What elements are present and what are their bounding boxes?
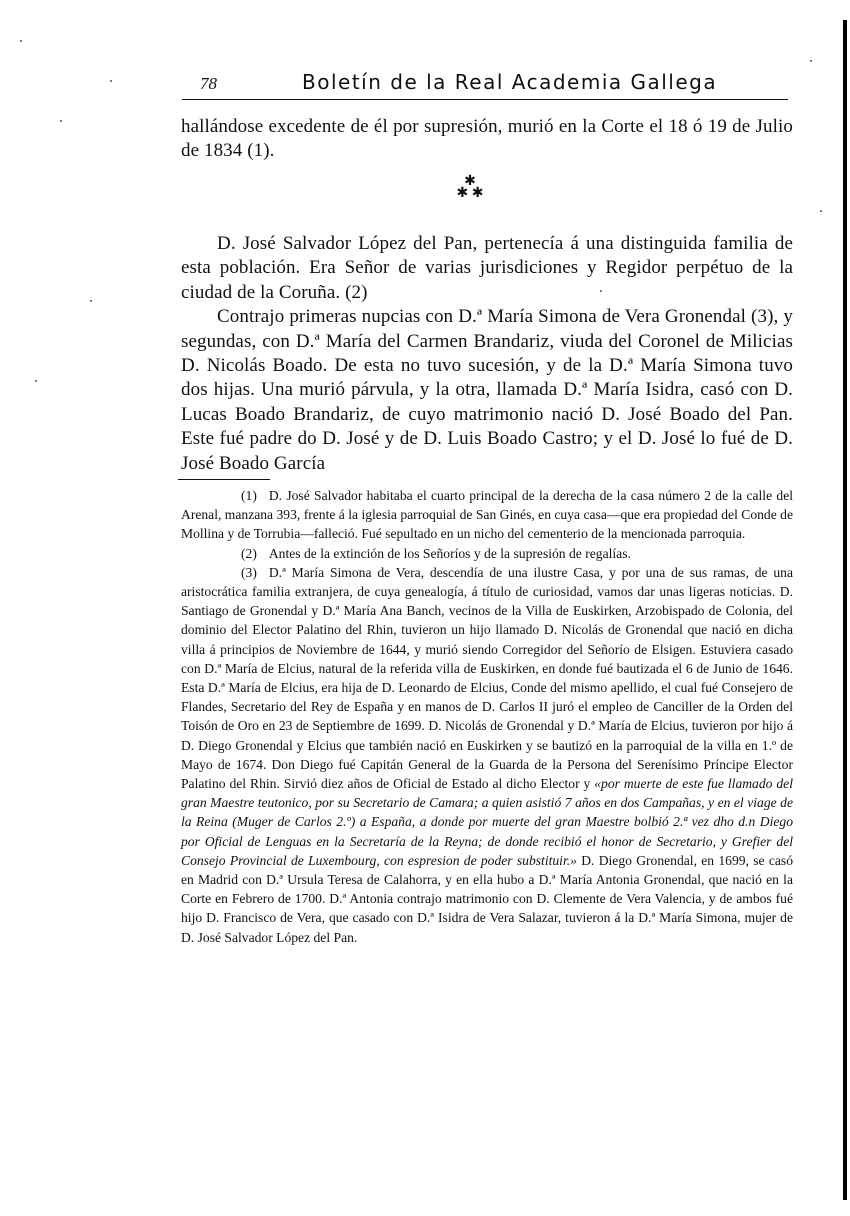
- header-rule: [182, 99, 788, 100]
- scan-edge-bar: [843, 20, 847, 1200]
- scan-speckle: [90, 300, 92, 302]
- footnote-3: (3)D.ª María Simona de Vera, descendía d…: [181, 563, 793, 947]
- footnote-text: Antes de la extinción de los Señoríos y …: [269, 546, 631, 561]
- footnote-2: (2)Antes de la extinción de los Señoríos…: [181, 544, 793, 563]
- page-header: 78 Boletín de la Real Academia Gallega: [182, 70, 794, 102]
- footnote-text: D.ª María Simona de Vera, descendía de u…: [181, 565, 793, 791]
- scan-speckle: [810, 60, 812, 62]
- body-section: D. José Salvador López del Pan, pertenec…: [181, 232, 793, 476]
- body-paragraph: Contrajo primeras nupcias con D.ª María …: [181, 305, 793, 476]
- footnote-text: D. José Salvador habitaba el cuarto prin…: [181, 488, 793, 541]
- continuation-paragraph: hallándose excedente de él por supresión…: [181, 115, 793, 164]
- footnote-marker: (3): [211, 563, 257, 582]
- footnotes: (1)D. José Salvador habitaba el cuarto p…: [181, 486, 793, 947]
- section-asterism: ✱ ✱ ✱: [450, 176, 490, 216]
- scan-speckle: [20, 40, 22, 42]
- footnote-marker: (1): [211, 486, 257, 505]
- page-number: 78: [182, 74, 260, 94]
- body-continuation: hallándose excedente de él por supresión…: [181, 115, 793, 164]
- scan-speckle: [110, 80, 112, 82]
- asterism-star-pair: ✱ ✱: [450, 188, 490, 200]
- scan-speckle: [60, 120, 62, 122]
- scan-speckle: [820, 210, 822, 212]
- body-paragraph: D. José Salvador López del Pan, pertenec…: [181, 232, 793, 305]
- footnote-separator: [178, 479, 270, 480]
- footnote-marker: (2): [211, 544, 257, 563]
- running-title: Boletín de la Real Academia Gallega: [302, 70, 717, 94]
- scan-speckle: [35, 380, 37, 382]
- footnote-1: (1)D. José Salvador habitaba el cuarto p…: [181, 486, 793, 544]
